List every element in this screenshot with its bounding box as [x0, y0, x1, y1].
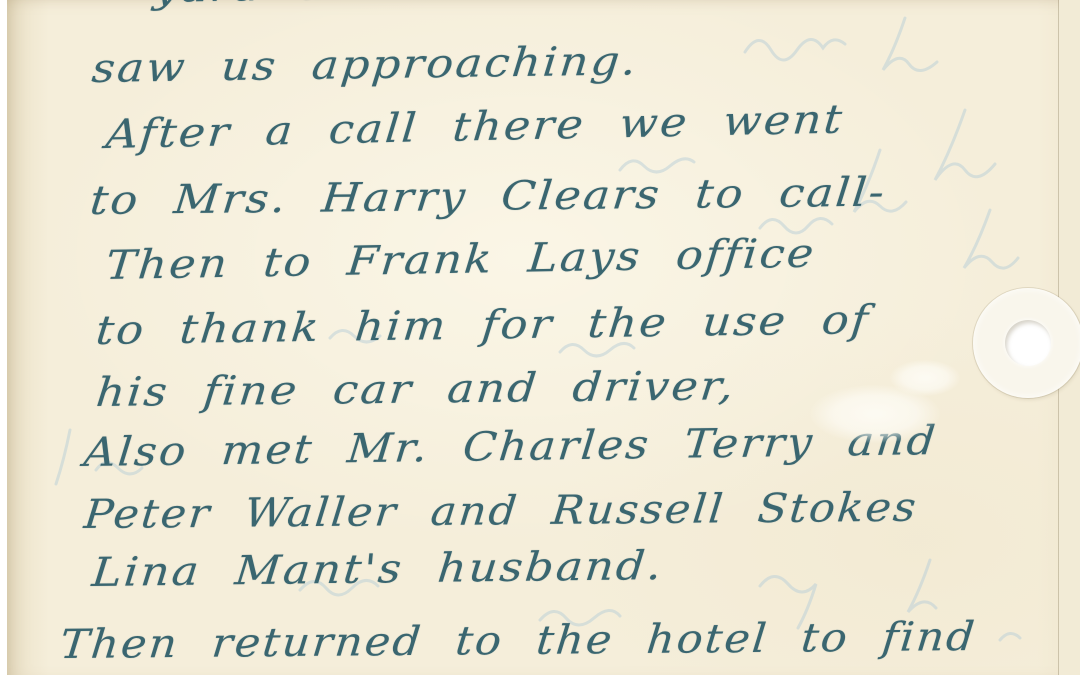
handwriting-line: saw us approaching. [90, 38, 640, 92]
whiteout-smudge [890, 360, 960, 396]
handwriting-line: to Mrs. Harry Clears to call- [88, 170, 888, 224]
punch-hole [1005, 320, 1051, 366]
scanned-page: yard and Ward to wh saw us approaching. … [0, 0, 1080, 675]
handwriting-line: his fine car and driver, [94, 363, 738, 416]
handwriting-line: Lina Mant's husband. [90, 543, 666, 596]
handwriting-line: Peter Waller and Russell Stokes [82, 485, 920, 538]
scan-edge-strip [0, 0, 7, 675]
handwriting-line: Then returned to the hotel to find [58, 614, 978, 668]
